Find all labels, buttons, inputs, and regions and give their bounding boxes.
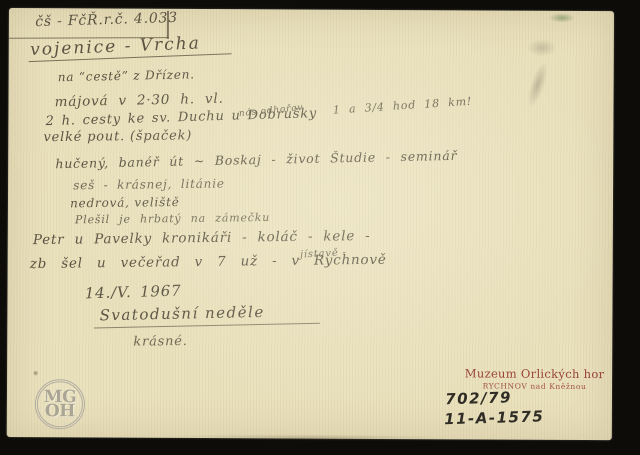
logo-letters-bottom: OH bbox=[45, 404, 75, 419]
handwritten-line: velké pout. (špaček) bbox=[43, 128, 192, 145]
handwritten-line: nedrová, veliště bbox=[70, 195, 180, 210]
stain bbox=[527, 39, 557, 57]
crease-shadow bbox=[177, 434, 447, 441]
handwritten-line: na “cestě” z Dřízen. bbox=[58, 67, 195, 84]
document-scan: čš - FčŘ.r.č. 4.033 vojenice - Vrcha na … bbox=[0, 0, 640, 455]
paper-sheet: čš - FčŘ.r.č. 4.033 vojenice - Vrcha na … bbox=[7, 8, 614, 440]
handwritten-line: Petr u Pavelky kronikáři - koláč - kele … bbox=[33, 228, 371, 248]
date-line: 14./V. 1967 bbox=[85, 282, 182, 303]
inventory-number: 11-A-1575 bbox=[444, 407, 545, 428]
archive-code: čš - FčŘ.r.č. 4.033 bbox=[35, 10, 178, 30]
closing-word: krásné. bbox=[133, 334, 187, 350]
holiday-line: Svatodušní neděle bbox=[93, 302, 320, 329]
handwritten-line: Plešil je hrbatý na zámečku bbox=[75, 211, 270, 226]
stamp-museum-name: Muzeum Orlických hor bbox=[447, 366, 622, 381]
handwritten-line: májová v 2·30 h. vl. bbox=[55, 91, 224, 111]
mgoh-embossed-logo: MG OH bbox=[35, 379, 85, 429]
handwritten-line: 1 a 3/4 hod 18 km! bbox=[333, 95, 473, 117]
museum-stamp: Muzeum Orlických hor RYCHNOV nad Kněžnou bbox=[447, 366, 622, 391]
paper-hole bbox=[33, 370, 38, 376]
handwritten-line: zb šel u večeřad v 7 už - v Rychnově bbox=[30, 252, 387, 272]
handwritten-line: hučený, banéř út ~ Boskaj - život Študie… bbox=[55, 148, 457, 171]
accession-number: 702/79 bbox=[445, 388, 512, 408]
stain bbox=[549, 13, 575, 23]
handwritten-line: seš - krásnej, litánie bbox=[73, 176, 225, 192]
stain bbox=[523, 60, 551, 110]
